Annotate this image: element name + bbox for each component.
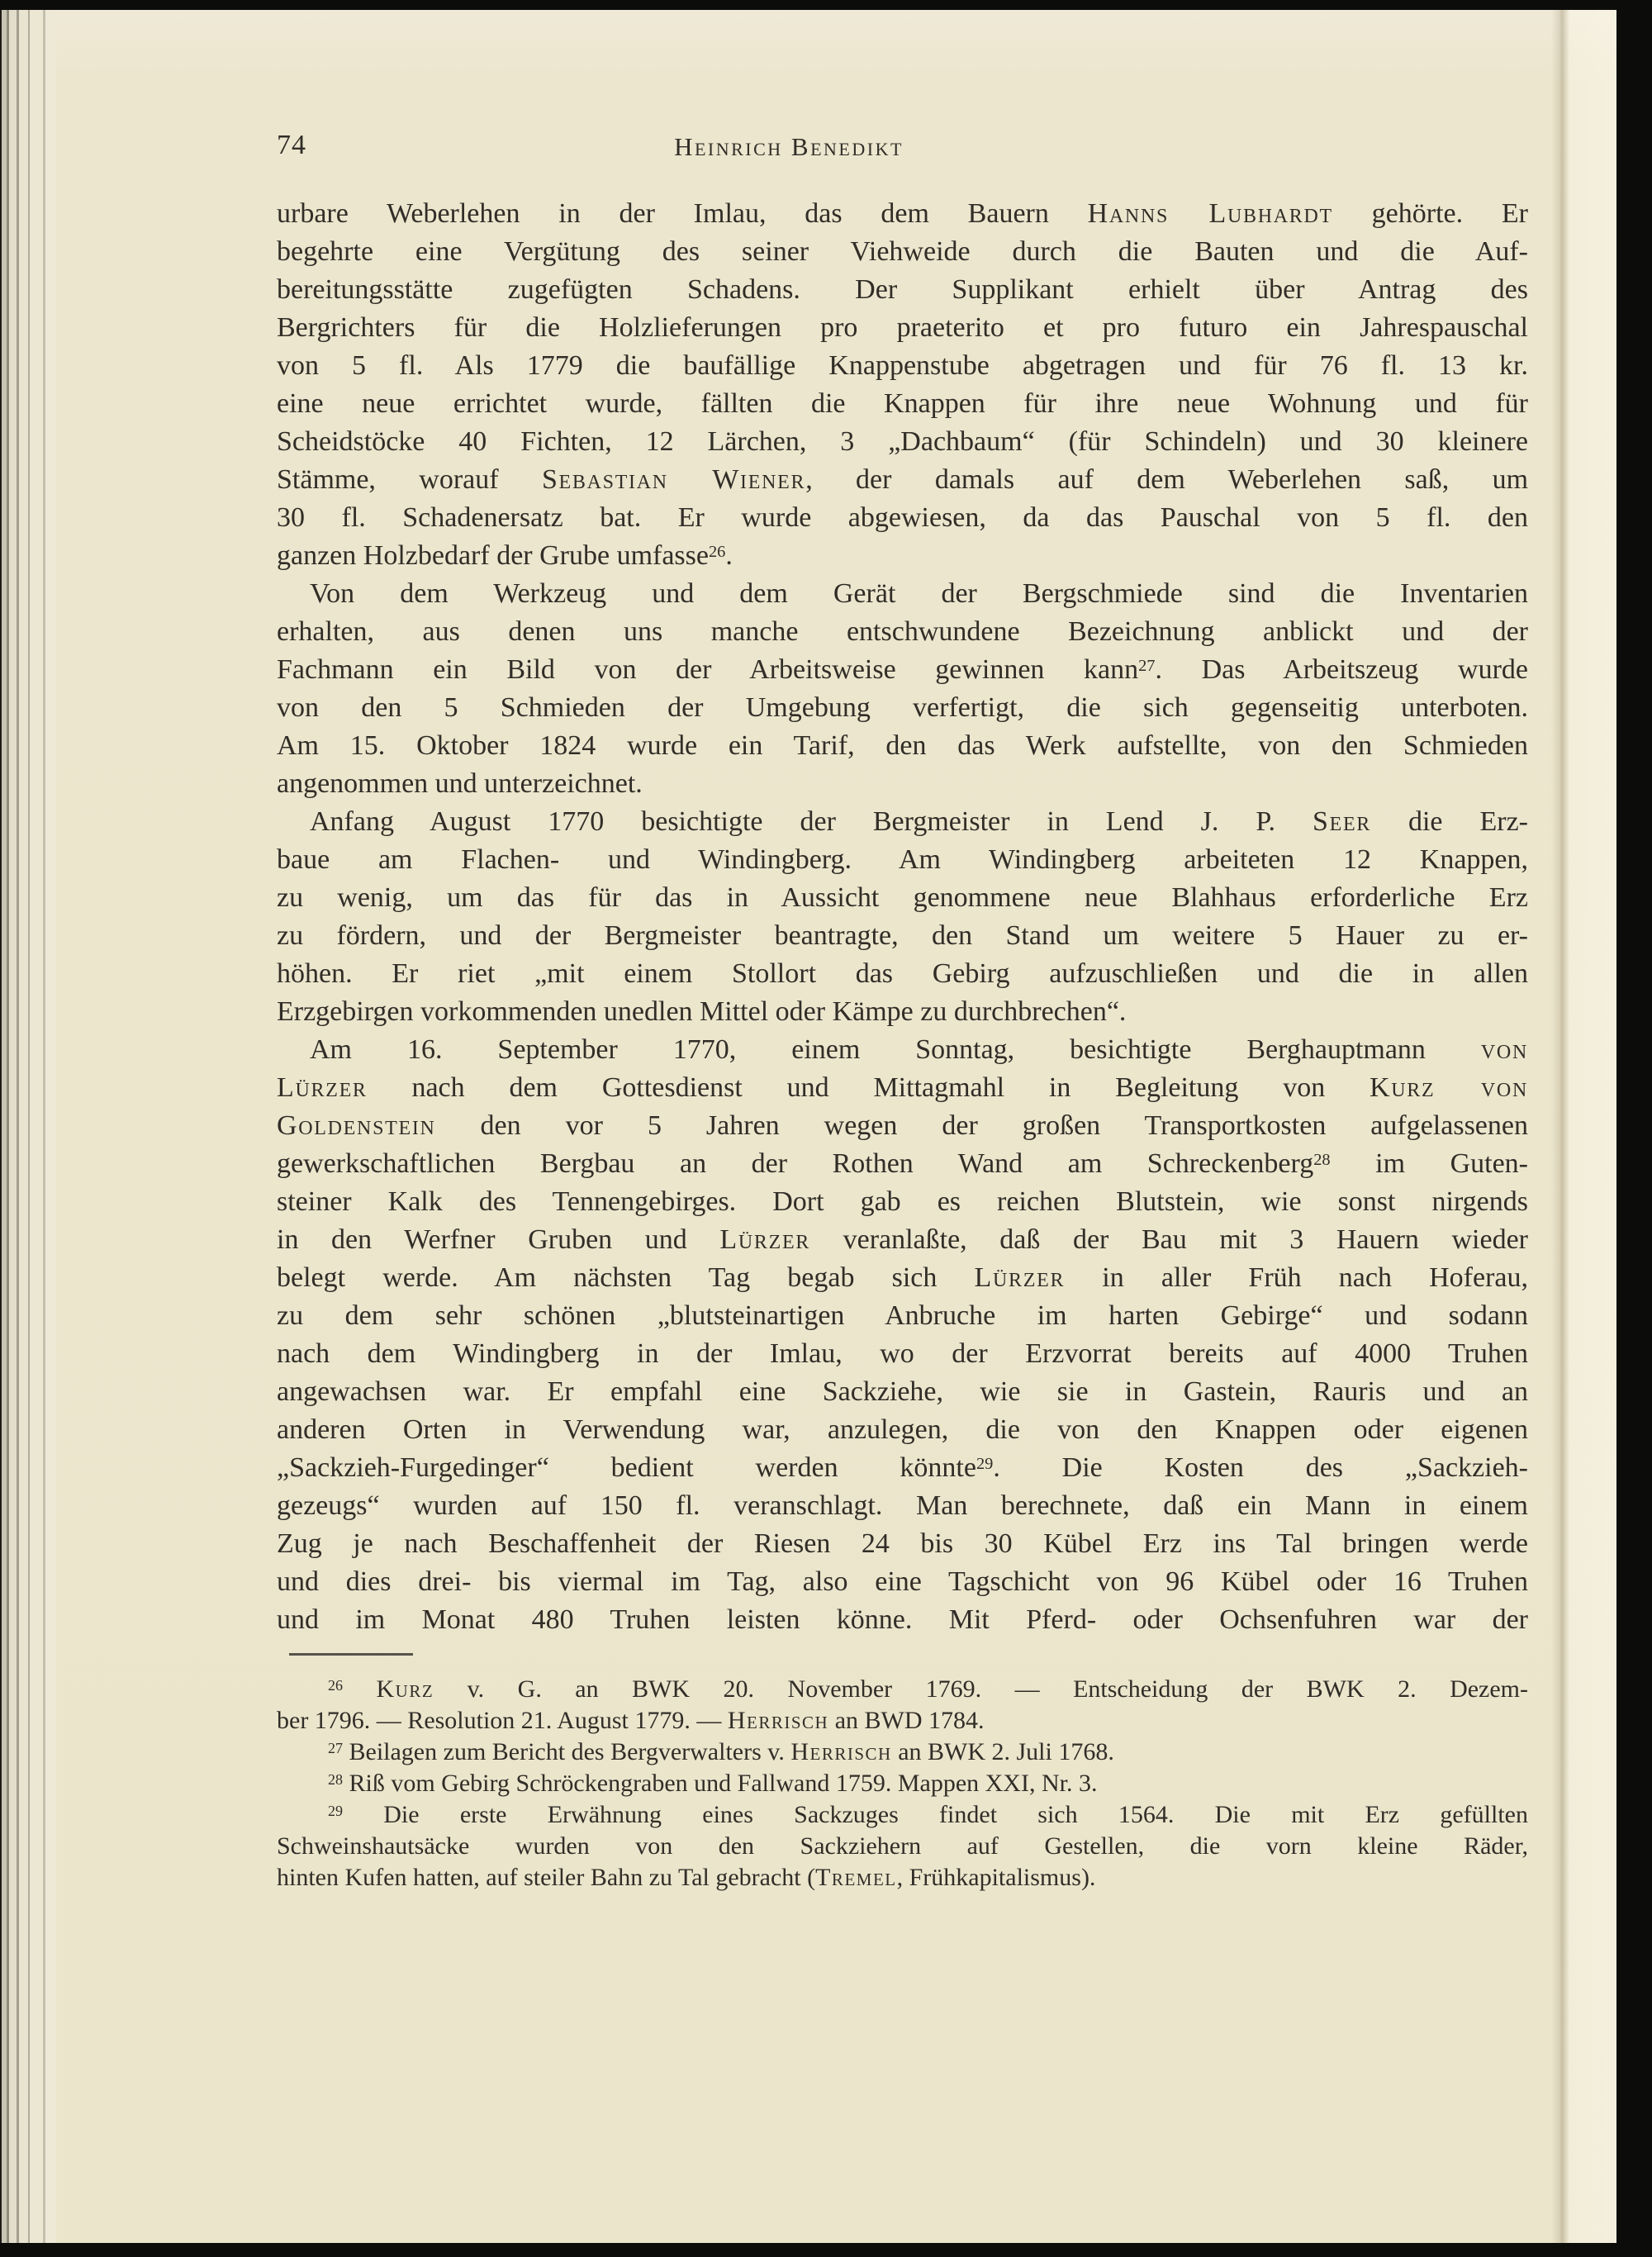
text-line: und im Monat 480 Truhen leisten könne. M… [277,1601,1528,1639]
text-segment: und im Monat 480 Truhen leisten könne. M… [277,1604,1528,1635]
text-line: Goldenstein den vor 5 Jahren wegen der g… [277,1107,1528,1145]
text-segment: Riß vom Gebirg Schröckengraben und Fallw… [343,1770,1097,1797]
text-line: gezeugs“ wurden auf 150 fl. veranschlagt… [277,1487,1528,1525]
text-segment: veranlaßte, daß der Bau mit 3 Hauern wie… [810,1224,1528,1255]
text-segment: im Guten- [1331,1148,1528,1179]
text-segment: Seer [1313,806,1371,837]
text-segment: Lürzer [277,1072,368,1103]
text-line: nach dem Windingberg in der Imlau, wo de… [277,1335,1528,1373]
text-segment: zu wenig, um das für das in Aussicht gen… [277,882,1528,913]
text-segment: „Sackzieh-Furgedinger“ bedient werden kö… [277,1452,976,1483]
text-line: zu fördern, und der Bergmeister beantrag… [277,917,1528,955]
text-segment: Herrisch [790,1738,891,1765]
text-line: begehrte eine Vergütung des seiner Viehw… [277,233,1528,271]
page-surface: 74 Heinrich Benedikt urbare Weberlehen i… [56,10,1616,2243]
text-line: baue am Flachen- und Windingberg. Am Win… [277,841,1528,879]
text-line: 30 fl. Schadenersatz bat. Er wurde abgew… [277,499,1528,537]
text-segment: zu fördern, und der Bergmeister beantrag… [277,920,1528,951]
text-line: erhalten, aus denen uns manche entschwun… [277,613,1528,651]
text-segment: Herrisch [728,1707,828,1734]
text-line: und dies drei- bis viermal im Tag, also … [277,1563,1528,1601]
text-line: Anfang August 1770 besichtigte der Bergm… [277,803,1528,841]
text-segment: bereitungsstätte zugefügten Schadens. De… [277,274,1528,305]
text-segment: in den Werfner Gruben und [277,1224,719,1255]
text-line: hinten Kufen hatten, auf steiler Bahn zu… [277,1862,1528,1894]
footnote-ref: 27 [328,1740,343,1756]
text-segment: baue am Flachen- und Windingberg. Am Win… [277,844,1528,875]
text-segment: Tremel [815,1864,897,1891]
text-segment: Goldenstein [277,1110,436,1141]
text-line: in den Werfner Gruben und Lürzer veranla… [277,1221,1528,1259]
text-line: Zug je nach Beschaffenheit der Riesen 24… [277,1525,1528,1563]
text-segment: an BWK 2. Juli 1768. [892,1738,1114,1765]
footnote-ref: 26 [709,543,725,561]
gutter-shadow [1551,10,1616,2243]
text-segment [343,1675,376,1703]
text-line: von den 5 Schmieden der Umgebung verfert… [277,689,1528,727]
text-segment: die Erz- [1371,806,1528,837]
text-segment: angenommen und unterzeichnet. [277,768,643,799]
text-line: Fachmann ein Bild von der Arbeitsweise g… [277,651,1528,689]
text-line: Scheidstöcke 40 Fichten, 12 Lärchen, 3 „… [277,423,1528,461]
text-segment: , Frühkapitalismus). [897,1864,1096,1891]
text-segment: nach dem Windingberg in der Imlau, wo de… [277,1338,1528,1369]
text-segment: Sebastian Wiener [542,464,805,495]
text-line: 28 Riß vom Gebirg Schröckengraben und Fa… [277,1768,1528,1799]
text-segment: nach dem Gottesdienst und Mittagmahl in … [368,1072,1370,1103]
text-segment: Lürzer [719,1224,810,1255]
text-line: angewachsen war. Er empfahl eine Sackzie… [277,1373,1528,1411]
text-line: Am 15. Oktober 1824 wurde ein Tarif, den… [277,727,1528,765]
text-segment: Am 15. Oktober 1824 wurde ein Tarif, den… [277,730,1528,761]
footnote-ref: 28 [328,1771,343,1788]
text-segment: ber 1796. — Resolution 21. August 1779. … [277,1707,728,1734]
text-segment: an BWD 1784. [828,1707,984,1734]
text-segment: Kurz von [1370,1072,1528,1103]
text-segment: eine neue errichtet wurde, fällten die K… [277,388,1528,419]
body-text: urbare Weberlehen in der Imlau, das dem … [277,195,1528,1639]
text-line: „Sackzieh-Furgedinger“ bedient werden kö… [277,1449,1528,1487]
text-segment: zu dem sehr schönen „blutsteinartigen An… [277,1300,1528,1331]
page-number: 74 [277,130,306,161]
text-line: 29 Die erste Erwähnung eines Sackzuges f… [277,1799,1528,1831]
text-segment: von [1481,1034,1528,1065]
text-segment: gehörte. Er [1333,198,1528,229]
text-segment: Kurz [376,1675,434,1703]
text-line: 27 Beilagen zum Bericht des Bergverwalte… [277,1737,1528,1768]
footnote-ref: 26 [328,1677,343,1694]
text-segment: von 5 fl. Als 1779 die baufällige Knappe… [277,350,1528,381]
footnote-ref: 29 [328,1803,343,1819]
text-line: gewerkschaftlichen Bergbau an der Rothen… [277,1145,1528,1183]
text-segment: , der damals auf dem Weberlehen saß, um [805,464,1528,495]
text-segment: Von dem Werkzeug und dem Gerät der Bergs… [310,578,1528,609]
text-line: Schweinshautsäcke wurden von den Sackzie… [277,1831,1528,1862]
text-line: Lürzer nach dem Gottesdienst und Mittagm… [277,1069,1528,1107]
text-segment: Stämme, worauf [277,464,542,495]
text-segment: Fachmann ein Bild von der Arbeitsweise g… [277,654,1138,685]
text-line: ber 1796. — Resolution 21. August 1779. … [277,1705,1528,1737]
text-segment: v. G. an BWK 20. November 1769. — Entsch… [434,1675,1528,1703]
text-line: Bergrichters für die Holzlieferungen pro… [277,309,1528,347]
text-line: belegt werde. Am nächsten Tag begab sich… [277,1259,1528,1297]
footnote-ref: 28 [1313,1151,1330,1169]
footnote-separator [289,1653,413,1656]
text-segment: . [725,540,733,571]
text-line: urbare Weberlehen in der Imlau, das dem … [277,195,1528,233]
text-segment: Am 16. September 1770, einem Sonntag, be… [310,1034,1481,1065]
text-segment: Erzgebirgen vorkommenden unedlen Mittel … [277,996,1126,1027]
text-segment: angewachsen war. Er empfahl eine Sackzie… [277,1376,1528,1407]
text-segment: Anfang August 1770 besichtigte der Bergm… [310,806,1313,837]
text-line: 26 Kurz v. G. an BWK 20. November 1769. … [277,1674,1528,1705]
text-segment: den vor 5 Jahren wegen der großen Transp… [436,1110,1528,1141]
text-segment: erhalten, aus denen uns manche entschwun… [277,616,1528,647]
text-segment: in aller Früh nach Hoferau, [1065,1262,1528,1293]
text-segment: höhen. Er riet „mit einem Stollort das G… [277,958,1528,989]
text-segment: Hanns Lubhardt [1088,198,1333,229]
text-line: steiner Kalk des Tennengebirges. Dort ga… [277,1183,1528,1221]
footnote-ref: 27 [1138,657,1155,675]
text-line: von 5 fl. Als 1779 die baufällige Knappe… [277,347,1528,385]
footnote-ref: 29 [976,1455,993,1473]
text-segment: gezeugs“ wurden auf 150 fl. veranschlagt… [277,1490,1528,1521]
text-segment: Beilagen zum Bericht des Bergverwalters … [343,1738,790,1765]
text-segment: begehrte eine Vergütung des seiner Viehw… [277,236,1528,267]
text-segment: hinten Kufen hatten, auf steiler Bahn zu… [277,1864,815,1891]
text-segment: belegt werde. Am nächsten Tag begab sich [277,1262,975,1293]
running-head: Heinrich Benedikt [674,132,904,162]
text-segment: ganzen Holzbedarf der Grube umfasse [277,540,709,571]
text-line: bereitungsstätte zugefügten Schadens. De… [277,271,1528,309]
text-segment: anderen Orten in Verwendung war, anzuleg… [277,1414,1528,1445]
text-segment: Schweinshautsäcke wurden von den Sackzie… [277,1832,1528,1860]
text-segment: Lürzer [975,1262,1066,1293]
text-segment: steiner Kalk des Tennengebirges. Dort ga… [277,1186,1528,1217]
text-segment: und dies drei- bis viermal im Tag, also … [277,1566,1528,1597]
text-line: ganzen Holzbedarf der Grube umfasse26. [277,537,1528,575]
text-segment: urbare Weberlehen in der Imlau, das dem … [277,198,1088,229]
text-segment: Scheidstöcke 40 Fichten, 12 Lärchen, 3 „… [277,426,1528,457]
text-segment: . Die Kosten des „Sackzieh- [993,1452,1528,1483]
text-line: anderen Orten in Verwendung war, anzuleg… [277,1411,1528,1449]
text-segment: Die erste Erwähnung eines Sackzuges find… [343,1801,1528,1828]
scanned-book-page: 74 Heinrich Benedikt urbare Weberlehen i… [0,0,1652,2257]
text-segment: von den 5 Schmieden der Umgebung verfert… [277,692,1528,723]
text-segment: gewerkschaftlichen Bergbau an der Rothen… [277,1148,1313,1179]
text-segment: Zug je nach Beschaffenheit der Riesen 24… [277,1528,1528,1559]
text-segment: 30 fl. Schadenersatz bat. Er wurde abgew… [277,502,1528,533]
page-stack-edges [0,10,56,2243]
text-segment: . Das Arbeitszeug wurde [1156,654,1528,685]
text-line: höhen. Er riet „mit einem Stollort das G… [277,955,1528,993]
text-line: Von dem Werkzeug und dem Gerät der Bergs… [277,575,1528,613]
text-line: zu dem sehr schönen „blutsteinartigen An… [277,1297,1528,1335]
footnotes: 26 Kurz v. G. an BWK 20. November 1769. … [277,1674,1528,1894]
text-segment: Bergrichters für die Holzlieferungen pro… [277,312,1528,343]
text-line: Am 16. September 1770, einem Sonntag, be… [277,1031,1528,1069]
text-line: Erzgebirgen vorkommenden unedlen Mittel … [277,993,1528,1031]
text-line: Stämme, worauf Sebastian Wiener, der dam… [277,461,1528,499]
text-line: eine neue errichtet wurde, fällten die K… [277,385,1528,423]
text-line: angenommen und unterzeichnet. [277,765,1528,803]
text-line: zu wenig, um das für das in Aussicht gen… [277,879,1528,917]
